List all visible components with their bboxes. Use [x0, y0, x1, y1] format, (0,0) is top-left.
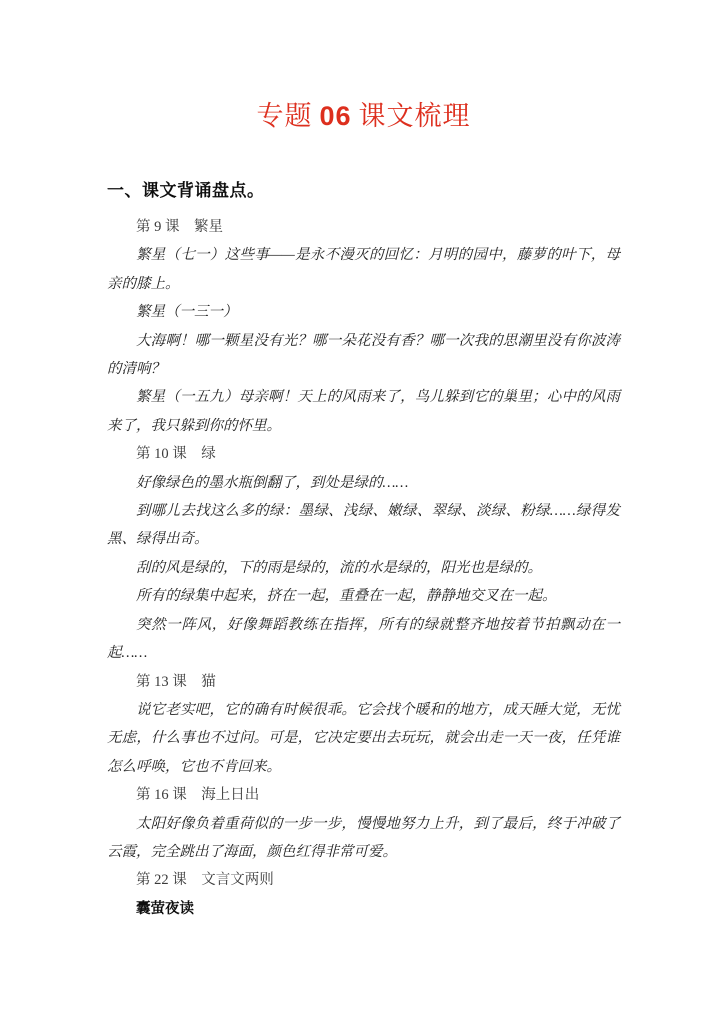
title-prefix: 专题	[256, 101, 312, 131]
document-body: 第 9 课 繁星繁星（七一）这些事——是永不漫灭的回忆：月明的园中，藤萝的叶下，…	[107, 213, 620, 923]
paragraph: 太阳好像负着重荷似的一步一步，慢慢地努力上升，到了最后，终于冲破了云霞，完全跳出…	[107, 810, 620, 867]
paragraph: 所有的绿集中起来，挤在一起，重叠在一起，静静地交叉在一起。	[107, 582, 620, 610]
paragraph: 到哪儿去找这么多的绿：墨绿、浅绿、嫩绿、翠绿、淡绿、粉绿……绿得发黑、绿得出奇。	[107, 497, 620, 554]
paragraph: 繁星（七一）这些事——是永不漫灭的回忆：月明的园中，藤萝的叶下，母亲的膝上。	[107, 241, 620, 298]
section-heading: 一、课文背诵盘点。	[107, 180, 620, 202]
paragraph: 突然一阵风，好像舞蹈教练在指挥，所有的绿就整齐地按着节拍飘动在一起……	[107, 611, 620, 668]
title-number: 06	[319, 101, 351, 131]
paragraph: 好像绿色的墨水瓶倒翻了，到处是绿的……	[107, 469, 620, 497]
lesson-title: 第 10 课 绿	[107, 440, 620, 468]
paragraph: 说它老实吧，它的确有时候很乖。它会找个暖和的地方，成天睡大觉，无忧无虑，什么事也…	[107, 696, 620, 781]
paragraph: 繁星（一三一）	[107, 298, 620, 326]
paragraph: 刮的风是绿的，下的雨是绿的，流的水是绿的，阳光也是绿的。	[107, 554, 620, 582]
paragraph: 大海啊！哪一颗星没有光？哪一朵花没有香？哪一次我的思潮里没有你波涛的清响？	[107, 327, 620, 384]
bold-subheading: 囊萤夜读	[107, 895, 620, 923]
lesson-title: 第 22 课 文言文两则	[107, 866, 620, 894]
paragraph: 繁星（一五九）母亲啊！天上的风雨来了，鸟儿躲到它的巢里；心中的风雨来了，我只躲到…	[107, 383, 620, 440]
lesson-title: 第 13 课 猫	[107, 668, 620, 696]
lesson-title: 第 9 课 繁星	[107, 213, 620, 241]
lesson-title: 第 16 课 海上日出	[107, 781, 620, 809]
document-page: 专题06课文梳理 一、课文背诵盘点。 第 9 课 繁星繁星（七一）这些事——是永…	[0, 0, 724, 1024]
title-suffix: 课文梳理	[359, 101, 471, 131]
document-title: 专题06课文梳理	[107, 97, 620, 135]
